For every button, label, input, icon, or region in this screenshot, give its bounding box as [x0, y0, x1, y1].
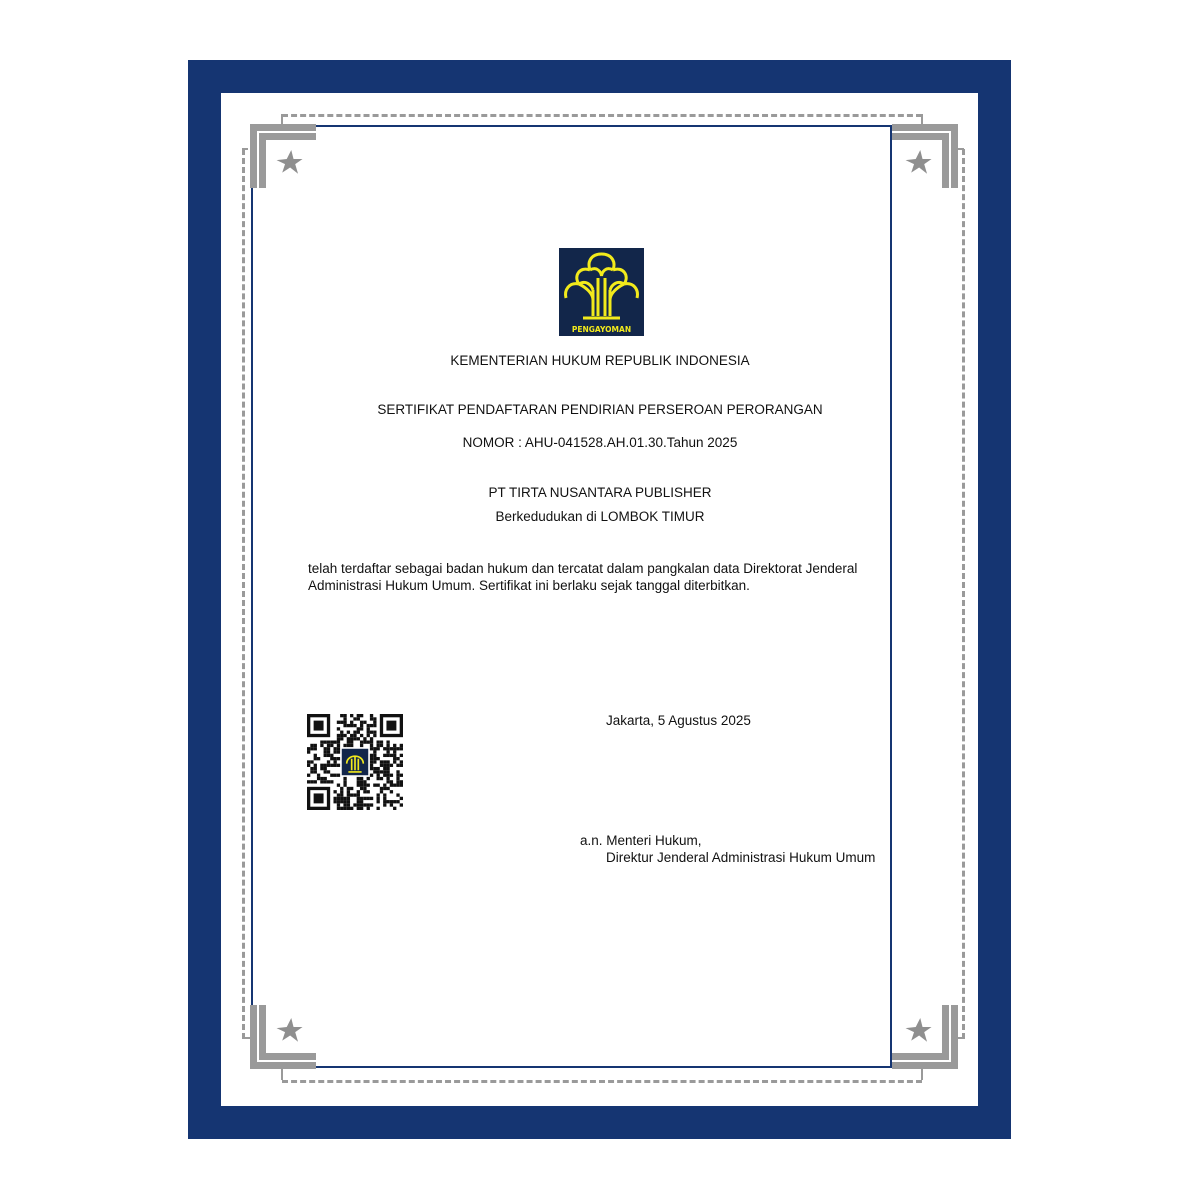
certificate-number: NOMOR : AHU-041528.AH.01.30.Tahun 2025 — [0, 435, 1200, 450]
place-and-date: Jakarta, 5 Agustus 2025 — [606, 713, 751, 728]
registration-statement: telah terdaftar sebagai badan hukum dan … — [308, 560, 908, 594]
logo-caption: PENGAYOMAN — [572, 325, 631, 334]
dash-tick — [281, 114, 283, 124]
pengayoman-logo: PENGAYOMAN — [559, 248, 644, 336]
pengayoman-tree-icon: PENGAYOMAN — [559, 248, 644, 336]
star-icon — [904, 1018, 932, 1044]
top-dashed-line — [282, 114, 922, 117]
dash-tick — [958, 148, 964, 150]
dash-tick — [921, 1068, 923, 1080]
ministry-name: KEMENTERIAN HUKUM REPUBLIK INDONESIA — [0, 353, 1200, 368]
qr-code[interactable] — [307, 714, 403, 810]
on-behalf-of: a.n. Menteri Hukum, — [580, 833, 702, 848]
star-icon — [275, 1018, 303, 1044]
signatory-title: Direktur Jenderal Administrasi Hukum Umu… — [606, 850, 875, 865]
dash-tick — [921, 114, 923, 124]
certificate-title: SERTIFIKAT PENDAFTARAN PENDIRIAN PERSERO… — [0, 402, 1200, 417]
dash-tick — [242, 148, 248, 150]
company-name: PT TIRTA NUSANTARA PUBLISHER — [0, 485, 1200, 500]
dash-tick — [958, 1037, 964, 1039]
star-icon — [275, 150, 303, 176]
star-icon — [904, 150, 932, 176]
left-dashed-line — [242, 149, 245, 1039]
dash-tick — [281, 1068, 283, 1080]
company-domicile: Berkedudukan di LOMBOK TIMUR — [0, 509, 1200, 524]
right-dashed-line — [962, 149, 965, 1039]
qr-code-icon — [307, 714, 403, 810]
bottom-dashed-line — [282, 1080, 922, 1083]
